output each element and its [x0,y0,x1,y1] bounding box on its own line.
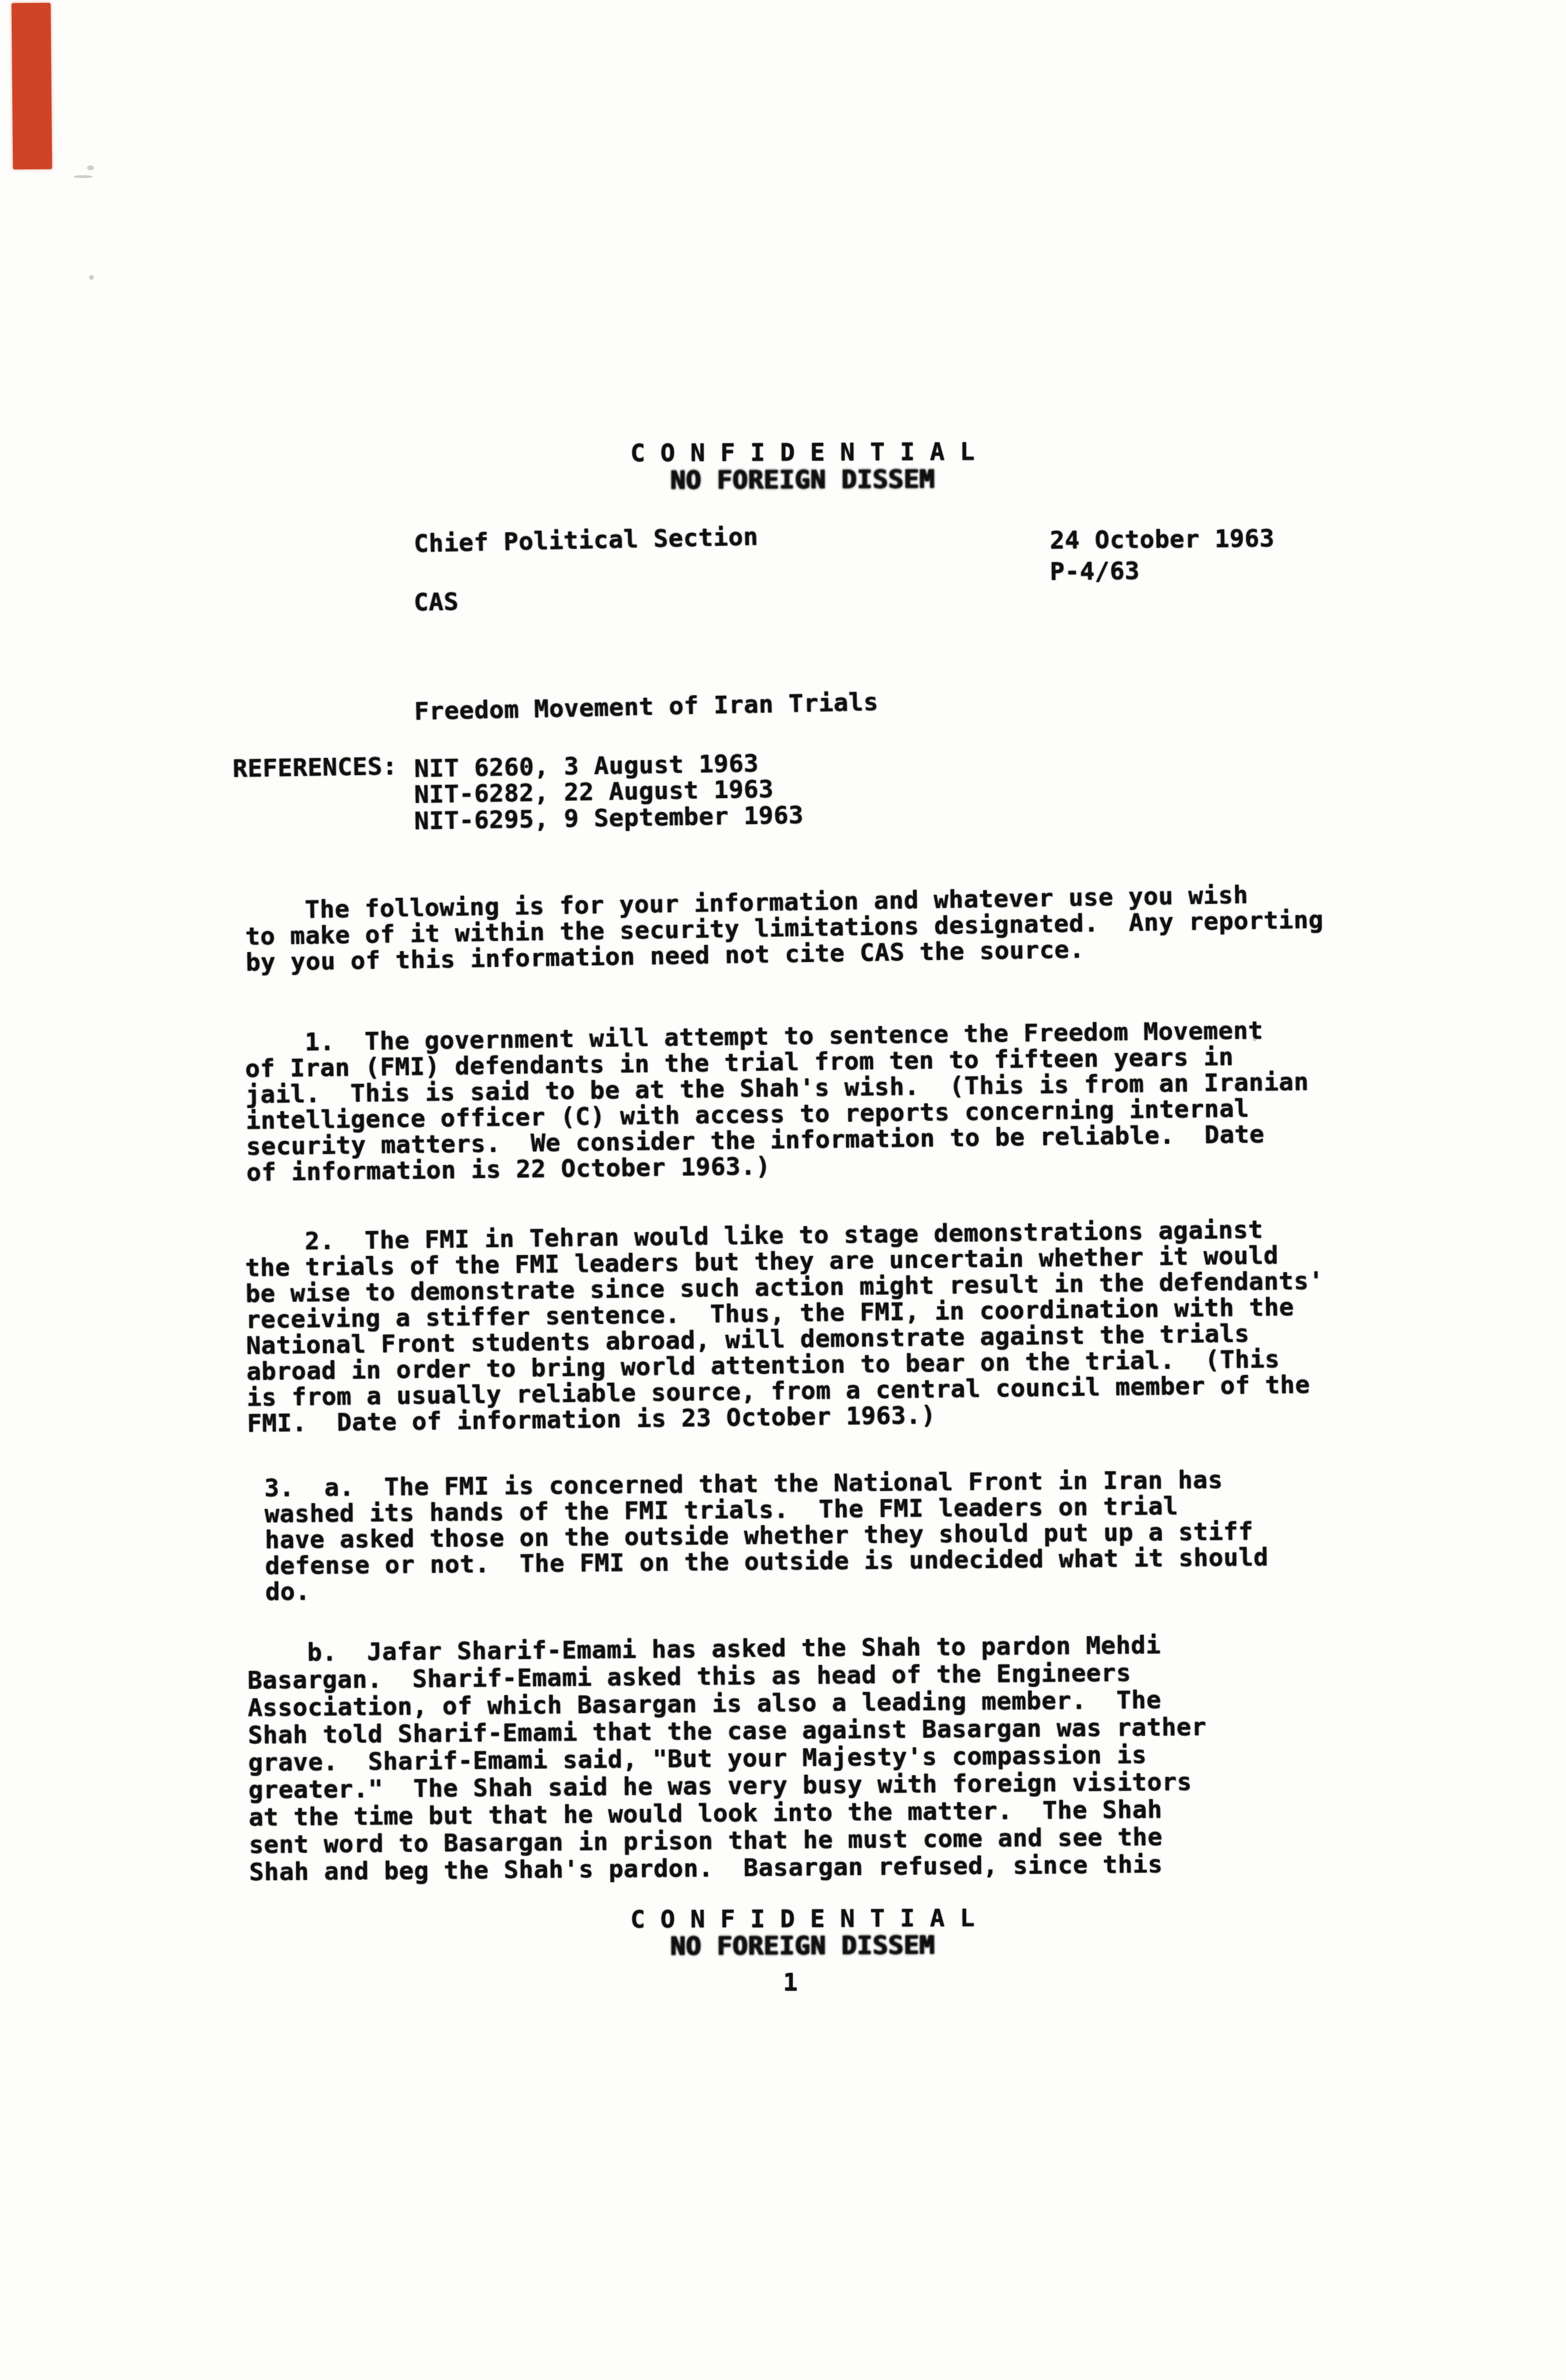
document-date: 24 October 1963 [1050,526,1274,553]
document-number: P-4/63 [1050,558,1140,585]
originating-office: Chief Political Section [414,524,759,557]
scanned-document-page: C O N F I D E N T I A L NO FOREIGN DISSE… [0,0,1566,2380]
paragraph-1: 1. The government will attempt to senten… [245,1017,1310,1186]
reference-item: NIT-6295, 9 September 1963 [414,802,804,834]
paragraph-3b: b. Jafar Sharif-Emami has asked the Shah… [247,1631,1208,1886]
no-foreign-dissem-stamp-top: NO FOREIGN DISSEM [39,464,1566,497]
agency-label: CAS [414,589,459,616]
document-title: Freedom Movement of Iran Trials [414,689,879,725]
paragraph-2: 2. The FMI in Tehran would like to stage… [245,1216,1325,1437]
red-classification-tab [12,3,52,170]
scan-speck [89,275,94,280]
paragraph-3a: 3. a. The FMI is concerned that the Nati… [264,1466,1269,1605]
scan-speck [87,165,94,170]
no-foreign-dissem-stamp-bottom: NO FOREIGN DISSEM [39,1930,1566,1963]
scan-speck [73,175,93,178]
page-number: 1 [783,1969,798,1995]
classification-banner-bottom: C O N F I D E N T I A L [39,1902,1566,1935]
classification-banner-top: C O N F I D E N T I A L [39,436,1566,469]
references-label: REFERENCES: [232,754,397,782]
dissemination-note: The following is for your information an… [245,881,1324,976]
